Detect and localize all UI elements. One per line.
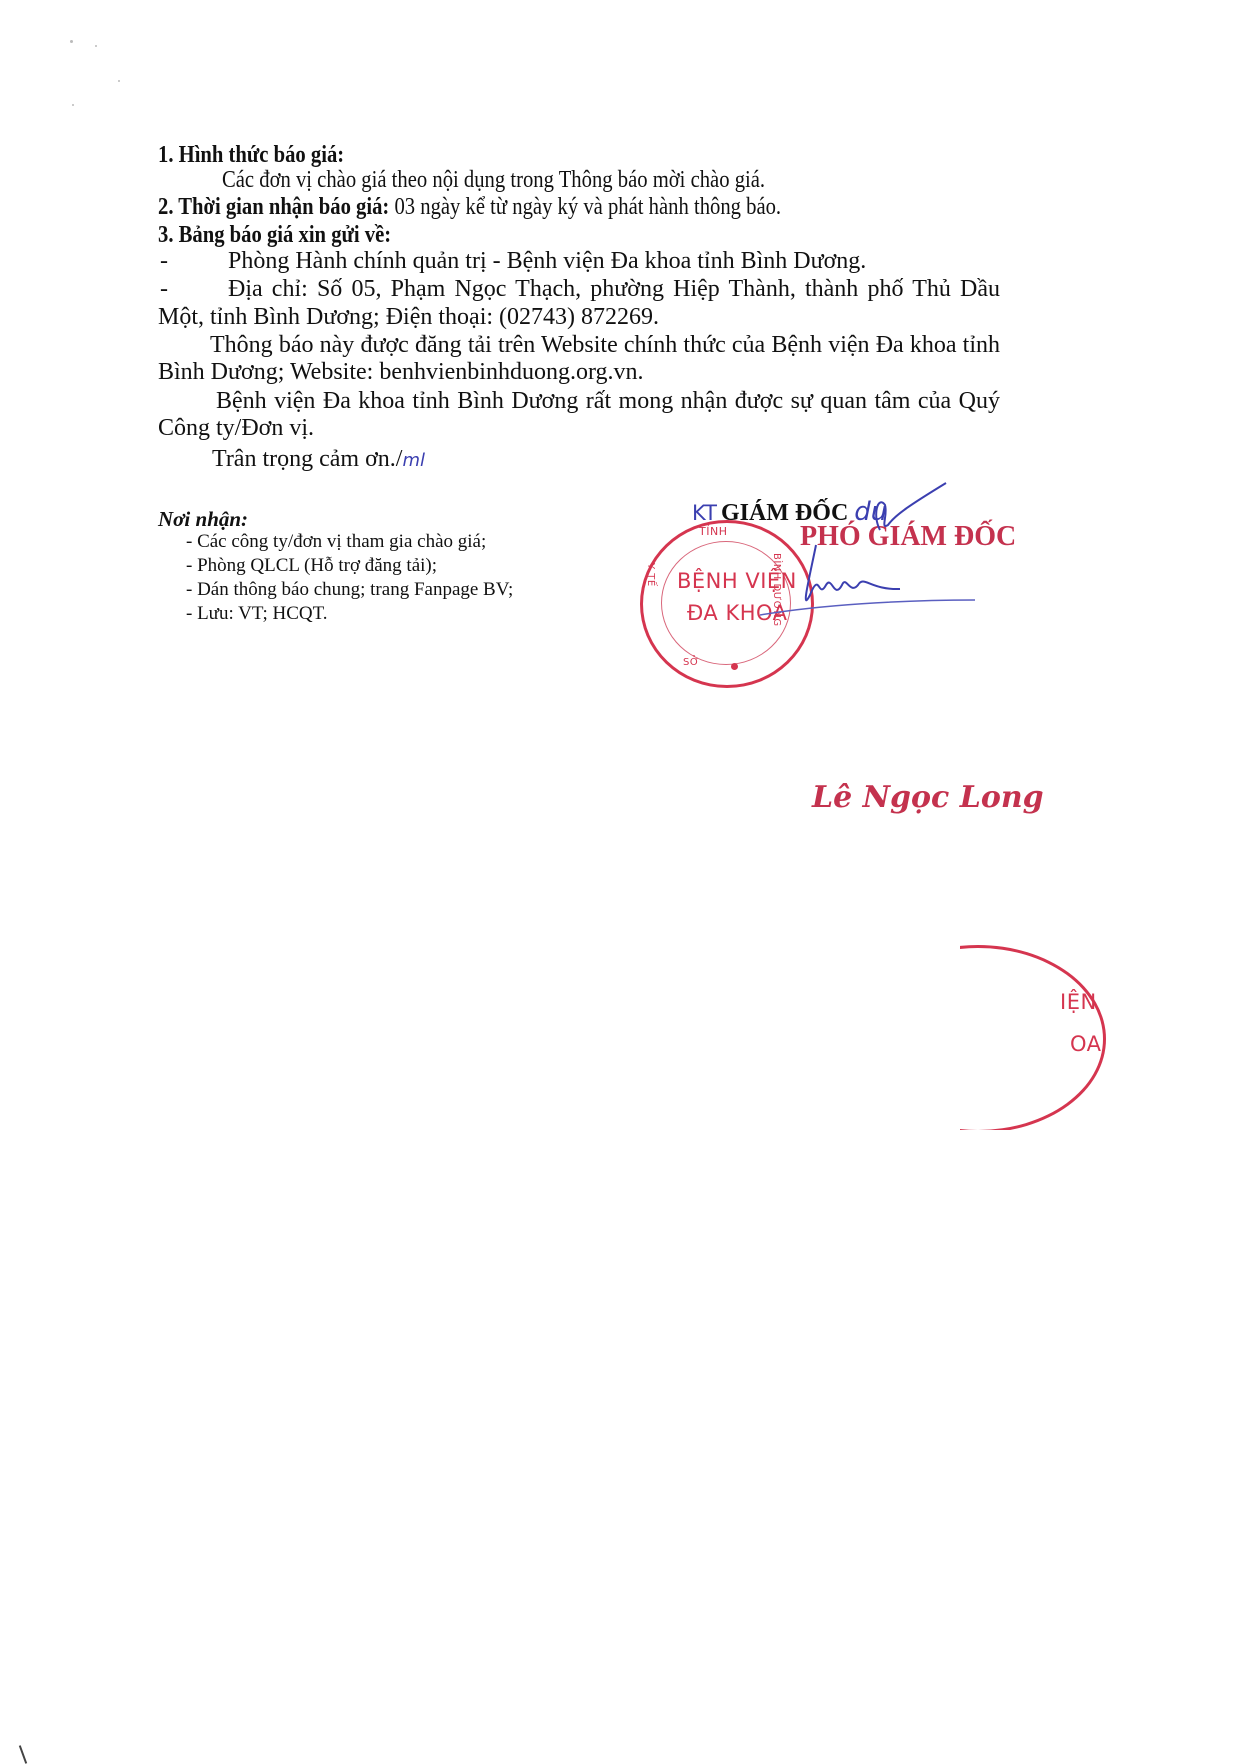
scan-edge-mark [19,1745,27,1764]
stamp-star-icon [731,663,738,670]
closing-line: Trân trọng cảm ơn./ml [212,444,425,476]
scan-artifact [70,40,73,43]
website-paragraph-line-1: Thông báo này được đăng tải trên Website… [210,330,1000,360]
partial-stamp-line-1: IỆN [1060,990,1097,1014]
stamp-ring-left: Y TẾ [645,563,656,587]
handwritten-signature [760,475,1000,625]
interest-paragraph-line-2: Công ty/Đơn vị. [158,413,314,443]
scan-artifact [118,80,120,82]
closing-text: Trân trọng cảm ơn./ [212,446,402,472]
section-3-bullet: - [160,274,168,304]
recipient-item: - Các công ty/đơn vị tham gia chào giá; [186,529,486,554]
section-2-title: 2. Thời gian nhận báo giá: [158,194,389,220]
section-3-item-1: Phòng Hành chính quản trị - Bệnh viện Đa… [228,246,866,276]
scan-artifact [72,104,74,106]
recipient-item: - Dán thông báo chung; trang Fanpage BV; [186,577,513,602]
stamp-ring-bottom: SỞ [683,657,699,668]
scan-artifact [95,45,97,47]
recipient-item: - Phòng QLCL (Hỗ trợ đăng tải); [186,553,437,578]
recipient-item: - Lưu: VT; HCQT. [186,601,328,626]
interest-paragraph-line-1: Bệnh viện Đa khoa tỉnh Bình Dương rất mo… [216,386,1000,416]
section-3-item-2-cont: Một, tỉnh Bình Dương; Điện thoại: (02743… [158,302,659,332]
section-3-item-2: Địa chỉ: Số 05, Phạm Ngọc Thạch, phường … [228,274,1000,304]
section-2-body: 03 ngày kể từ ngày ký và phát hành thông… [389,194,781,220]
section-2: 2. Thời gian nhận báo giá: 03 ngày kể từ… [158,192,781,222]
partial-stamp: IỆN OA [960,940,1140,1130]
website-paragraph-line-2: Bình Dương; Website: benhvienbinhduong.o… [158,357,644,387]
stamp-ring-top: TỈNH [699,525,727,538]
signer-name: Lê Ngọc Long [812,780,1044,816]
partial-stamp-line-2: OA [1070,1032,1102,1056]
handwritten-initials: ml [402,450,425,471]
section-1-body: Các đơn vị chào giá theo nội dụng trong … [222,165,765,195]
section-3-bullet: - [160,246,168,276]
